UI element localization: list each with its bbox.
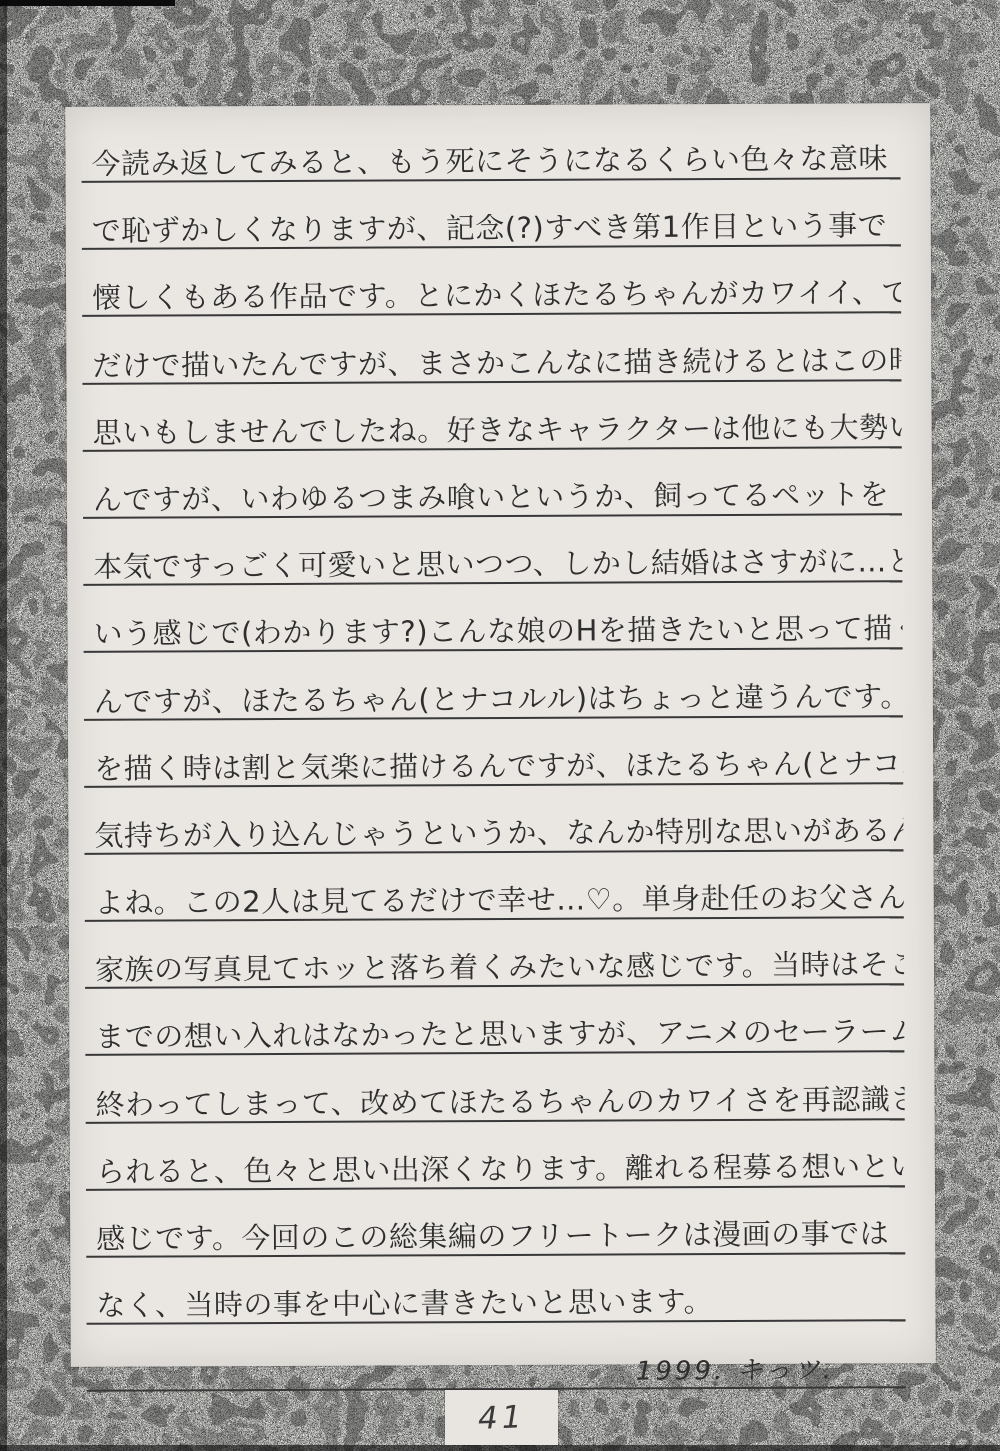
handwritten-text: までの想い入れはなかったと思いますが、アニメのセーラームーンも [85,1018,904,1056]
ruled-line: んですが、いわゆるつまみ喰いというか、飼ってるペットを [83,448,902,519]
page-number: 41 [477,1399,526,1437]
ruled-lines: 今読み返してみると、もう死にそうになるくらい色々な意味 で恥ずかしくなりますが、… [65,103,936,1392]
ruled-line: んですが、ほたるちゃん(とナコルル)はちょっと違うんです。他の娘 [84,650,903,721]
handwritten-text: 本気ですっごく可愛いと思いつつ、しかし結婚はさすがに…と [83,547,902,585]
handwritten-text: 今読み返してみると、もう死にそうになるくらい色々な意味 [81,144,888,182]
ruled-line: いう感じで(わかります?)こんな娘のHを描きたいと思って描く [83,582,902,653]
handwritten-text: 家族の写真見てホッと落ち着くみたいな感じです。当時はそこ [85,950,904,988]
handwritten-text: を描く時は割と気楽に描けるんですが、ほたるちゃん(とナコルル)は [84,749,903,787]
handwritten-text: よね。この2人は見てるだけで幸せ…♡。単身赴任のお父さんが [85,883,904,921]
handwritten-text: 思いもしませんでしたね。好きなキャラクターは他にも大勢いる [83,413,902,451]
letter-paper: 今読み返してみると、もう死にそうになるくらい色々な意味 で恥ずかしくなりますが、… [65,103,935,1367]
ruled-line: 終わってしまって、改めてほたるちゃんのカワイさを再認識させ [85,1053,904,1124]
ruled-line: 今読み返してみると、もう死にそうになるくらい色々な意味 [81,103,900,183]
handwritten-text: 感じです。今回のこの総集編のフリートークは漫画の事では [86,1219,889,1257]
handwritten-text: なく、当時の事を中心に書きたいと思います。 [86,1287,713,1323]
scan-edge-artifact [0,0,7,1451]
ruled-line: なく、当時の事を中心に書きたいと思います。 [86,1254,905,1325]
ruled-line: だけで描いたんですが、まさかこんなに描き続けるとはこの時 [82,314,901,385]
handwritten-text: だけで描いたんですが、まさかこんなに描き続けるとはこの時 [82,346,901,384]
ruled-line: で恥ずかしくなりますが、記念(?)すべき第1作目という事で [82,179,901,250]
ruled-line: 感じです。今回のこの総集編のフリートークは漫画の事では [86,1187,905,1258]
handwritten-text: で恥ずかしくなりますが、記念(?)すべき第1作目という事で [82,211,888,249]
handwritten-text: 気持ちが入り込んじゃうというか、なんか特別な思いがあるんです [84,816,903,854]
scan-edge-artifact [0,1445,1000,1451]
ruled-line: 家族の写真見てホッと落ち着くみたいな感じです。当時はそこ [85,918,904,989]
handwritten-text: んですが、ほたるちゃん(とナコルル)はちょっと違うんです。他の娘 [84,682,903,720]
ruled-line: よね。この2人は見てるだけで幸せ…♡。単身赴任のお父さんが [85,851,904,922]
scan-edge-artifact [0,0,175,6]
ruled-line: までの想い入れはなかったと思いますが、アニメのセーラームーンも [85,985,904,1056]
handwritten-text: 懐しくもある作品です。とにかくほたるちゃんがカワイイ、て [82,279,901,317]
ruled-line: 懐しくもある作品です。とにかくほたるちゃんがカワイイ、て [82,246,901,317]
handwritten-text: 終わってしまって、改めてほたるちゃんのカワイさを再認識させ [86,1085,905,1123]
handwritten-text: いう感じで(わかります?)こんな娘のHを描きたいと思って描く [83,614,902,652]
signature-line: 1999. キっツ. [87,1321,906,1392]
handwritten-text: んですが、いわゆるつまみ喰いというか、飼ってるペットを [83,480,889,518]
handwritten-text: られると、色々と思い出深くなります。離れる程募る想いという [86,1152,905,1190]
page-number-box: 41 [445,1390,558,1445]
ruled-line: 気持ちが入り込んじゃうというか、なんか特別な思いがあるんです [84,784,903,855]
ruled-line: 思いもしませんでしたね。好きなキャラクターは他にも大勢いる [82,381,901,452]
ruled-line: られると、色々と思い出深くなります。離れる程募る想いという [86,1120,905,1191]
signature-text: 1999. キっツ. [625,1357,905,1388]
ruled-line: 本気ですっごく可愛いと思いつつ、しかし結婚はさすがに…と [83,515,902,586]
scanned-page: 今読み返してみると、もう死にそうになるくらい色々な意味 で恥ずかしくなりますが、… [0,0,1000,1451]
ruled-line: を描く時は割と気楽に描けるんですが、ほたるちゃん(とナコルル)は [84,717,903,788]
